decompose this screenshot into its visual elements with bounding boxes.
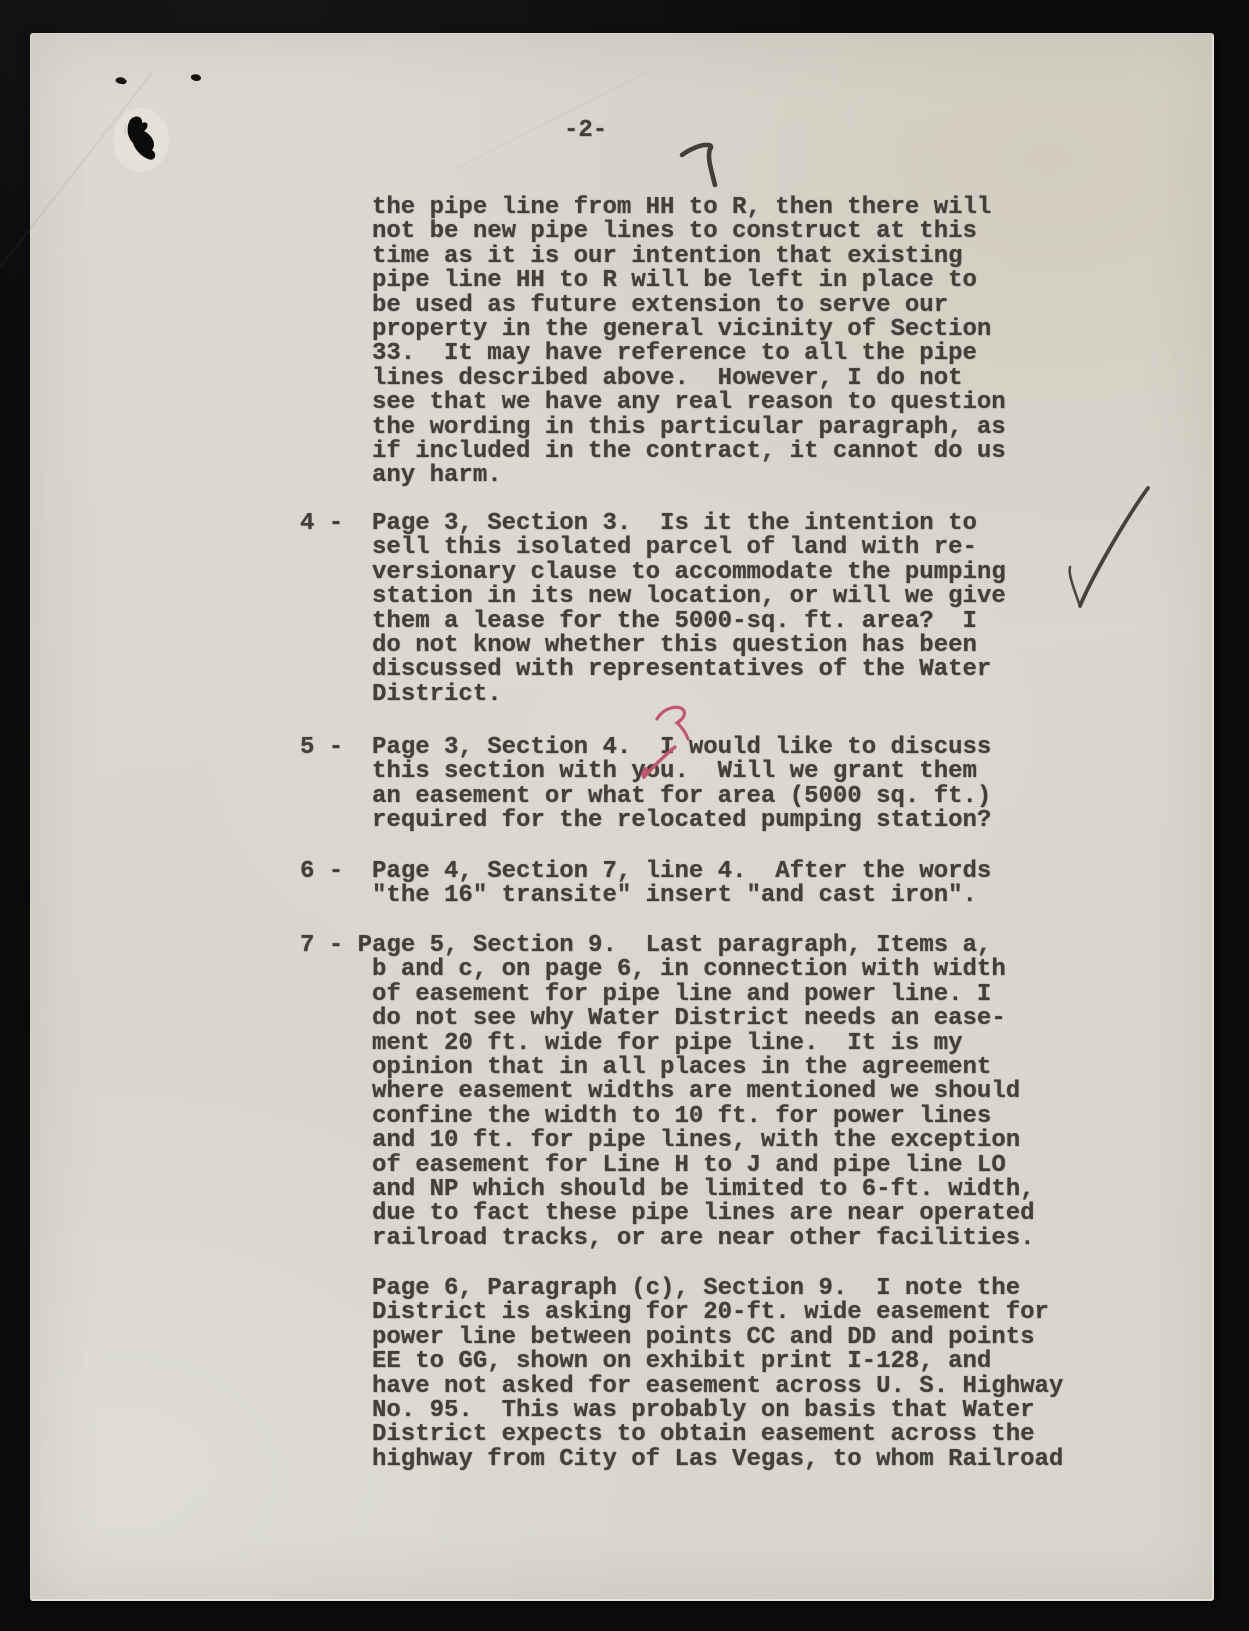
- scanned-document-page: -2- the pipe line from HH to R, then the…: [0, 0, 1249, 1631]
- item-7: 7 - Page 5, Section 9. Last paragraph, I…: [300, 934, 1035, 1251]
- red-tick-mark: [636, 742, 680, 784]
- pencil-seven-mark: [675, 128, 727, 194]
- item-4: 4 - Page 3, Section 3. Is it the intenti…: [300, 512, 1006, 707]
- paragraph-continuation: the pipe line from HH to R, then there w…: [372, 196, 1006, 489]
- item-6: 6 - Page 4, Section 7, line 4. After the…: [300, 860, 991, 909]
- paper-hole: [100, 58, 212, 176]
- closing-paragraph: Page 6, Paragraph (c), Section 9. I note…: [372, 1277, 1063, 1472]
- pencil-check-mark: [1052, 477, 1160, 619]
- page-number: -2-: [564, 119, 607, 143]
- paper-crease: [454, 69, 651, 171]
